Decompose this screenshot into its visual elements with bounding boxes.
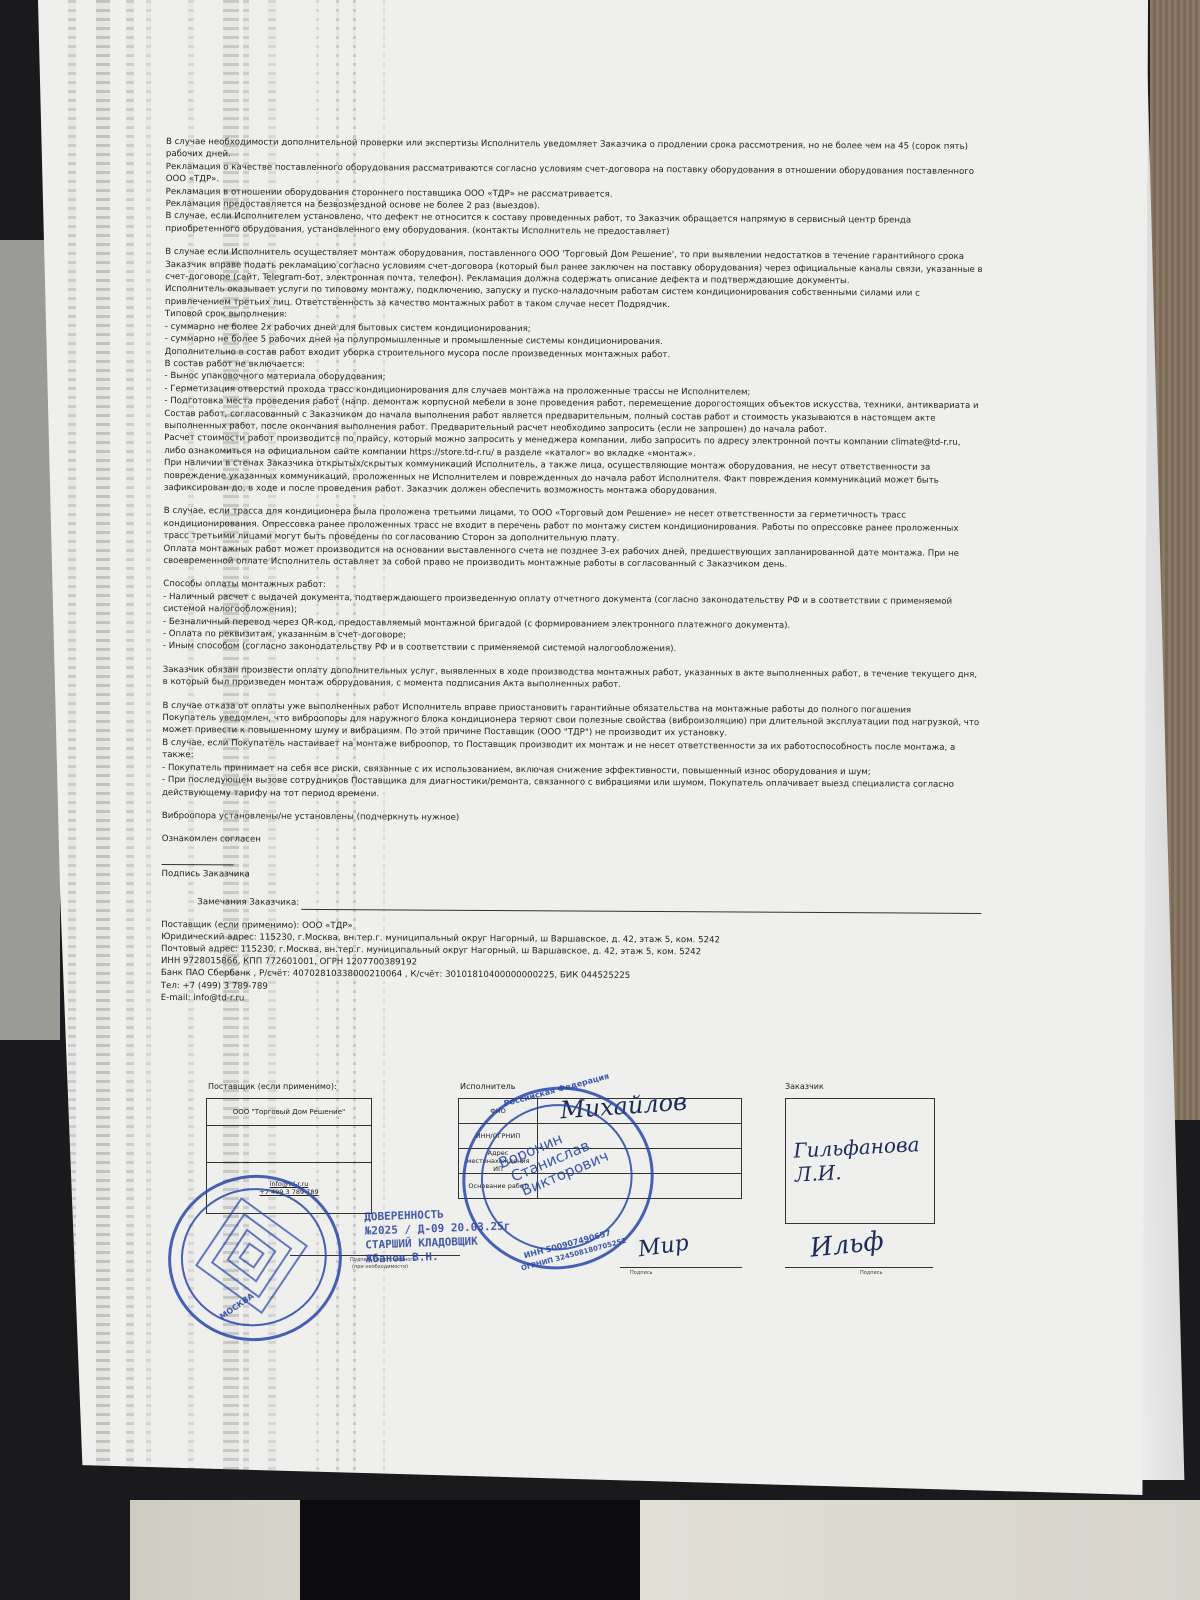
customer-handwritten-name: Гильфанова Л.И.: [793, 1131, 935, 1186]
document-body: В случае необходимости дополнительной пр…: [161, 136, 986, 1009]
remarks-label: Замечания Заказчика:: [197, 896, 299, 909]
contractor-signature: Мир: [637, 1231, 691, 1263]
paragraph: Исполнитель оказывает услуги по типовому…: [165, 283, 985, 313]
vibration-mounts-section: В случае отказа от оплаты уже выполненны…: [162, 700, 983, 804]
payment-methods-section: Способы оплаты монтажных работ:- Наличны…: [163, 578, 983, 657]
claims-section: В случае необходимости дополнительной пр…: [165, 136, 986, 240]
paragraph: В случае если Исполнитель осуществляет м…: [165, 246, 985, 288]
third-party-lines-section: В случае, если трасса для кондиционера б…: [163, 505, 983, 572]
contractor-sign-caption: Подпись: [630, 1270, 653, 1276]
paragraph: Оплата монтажных работ может производитс…: [163, 543, 983, 573]
contractor-block-title: Исполнитель: [460, 1082, 515, 1091]
customer-signature-label: Подпись Заказчика: [161, 868, 981, 885]
customer-signature-line[interactable]: [785, 1266, 933, 1268]
paragraph: В случае, если трасса для кондиционера б…: [164, 505, 984, 547]
remarks-field[interactable]: [301, 898, 981, 913]
customer-remarks: Замечания Заказчика:: [197, 896, 981, 913]
customer-signature: Ильф: [809, 1226, 885, 1264]
installation-terms-section: В случае если Исполнитель осуществляет м…: [164, 246, 986, 499]
supplier-name: ООО "Торговый Дом Решение": [207, 1099, 372, 1126]
diamond-logo-icon: [155, 1162, 348, 1349]
customer-box: Гильфанова Л.И.: [785, 1098, 935, 1224]
supplier-requisites: Поставщик (если применимо): ООО «ТДР»Юри…: [161, 919, 982, 1009]
supplier-block-title: Поставщик (если применимо):: [208, 1082, 337, 1091]
payment-obligation: Заказчик обязан произвести оплату дополн…: [163, 664, 983, 694]
customer-block-title: Заказчик: [785, 1082, 824, 1091]
paragraph: В случае, если Исполнителем установлено,…: [165, 210, 985, 240]
background-shadow: [300, 1500, 640, 1600]
paragraph: - При последующем вызове сотрудников Пос…: [162, 774, 982, 804]
customer-sign-caption: Подпись: [860, 1270, 883, 1276]
paragraph: При наличии в стенах Заказчика открытых/…: [164, 457, 984, 499]
customer-signature-line[interactable]: [162, 864, 234, 865]
contractor-signature-line[interactable]: [620, 1266, 742, 1268]
background-floor: [130, 1500, 1200, 1600]
